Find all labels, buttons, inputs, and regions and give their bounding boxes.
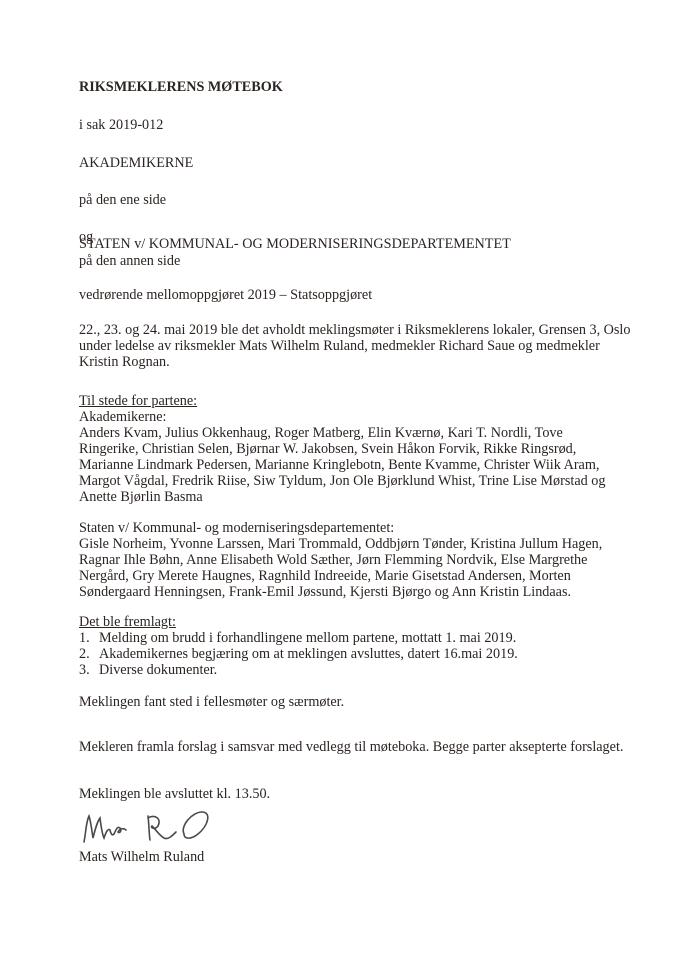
intro-line: 22., 23. og 24. mai 2019 ble det avholdt… (79, 322, 630, 339)
attendee-line: Margot Vågdal, Fredrik Riise, Siw Tyldum… (79, 473, 605, 490)
signature-image (80, 808, 240, 850)
list-text: Akademikernes begjæring om at meklingen … (99, 646, 518, 662)
end-time-note: Meklingen ble avsluttet kl. 13.50. (79, 786, 270, 803)
list-item: 1.Melding om brudd i forhandlingene mell… (79, 630, 516, 647)
list-number: 2. (79, 646, 99, 663)
presented-heading: Det ble fremlagt: (79, 614, 176, 631)
attendee-line: Anette Bjørlin Basma (79, 489, 203, 506)
intro-line: under ledelse av riksmekler Mats Wilhelm… (79, 338, 600, 355)
list-number: 1. (79, 630, 99, 647)
signatory-name: Mats Wilhelm Ruland (79, 849, 204, 866)
intro-line: Kristin Rognan. (79, 354, 170, 371)
list-number: 3. (79, 662, 99, 679)
list-item: 3.Diverse dokumenter. (79, 662, 217, 679)
party-two: STATEN v/ KOMMUNAL- OG MODERNISERINGSDEP… (79, 236, 511, 253)
party-two-side: på den annen side (79, 253, 180, 270)
case-number: i sak 2019-012 (79, 117, 163, 134)
attendee-line: Gisle Norheim, Yvonne Larssen, Mari Trom… (79, 536, 602, 553)
document-title: RIKSMEKLERENS MØTEBOK (79, 79, 283, 96)
proposal-note: Mekleren framla forslag i samsvar med ve… (79, 739, 623, 756)
list-text: Melding om brudd i forhandlingene mellom… (99, 630, 516, 646)
list-item: 2.Akademikernes begjæring om at meklinge… (79, 646, 518, 663)
party-one: AKADEMIKERNE (79, 155, 193, 172)
attendee-line: Søndergaard Henningsen, Frank-Emil Jøssu… (79, 584, 571, 601)
staten-label: Staten v/ Kommunal- og moderniseringsdep… (79, 520, 394, 537)
meetings-note: Meklingen fant sted i fellesmøter og sær… (79, 694, 344, 711)
akademikerne-label: Akademikerne: (79, 409, 166, 426)
attendee-line: Ragnar Ihle Bøhn, Anne Elisabeth Wold Sæ… (79, 552, 587, 569)
attendee-line: Nergård, Gry Merete Haugnes, Ragnhild In… (79, 568, 571, 585)
subject-line: vedrørende mellomoppgjøret 2019 – Statso… (79, 287, 372, 304)
list-text: Diverse dokumenter. (99, 662, 217, 678)
attendee-line: Ringerike, Christian Selen, Bjørnar W. J… (79, 441, 576, 458)
present-heading: Til stede for partene: (79, 393, 197, 410)
attendee-line: Anders Kvam, Julius Okkenhaug, Roger Mat… (79, 425, 563, 442)
party-one-side: på den ene side (79, 192, 166, 209)
attendee-line: Marianne Lindmark Pedersen, Marianne Kri… (79, 457, 599, 474)
